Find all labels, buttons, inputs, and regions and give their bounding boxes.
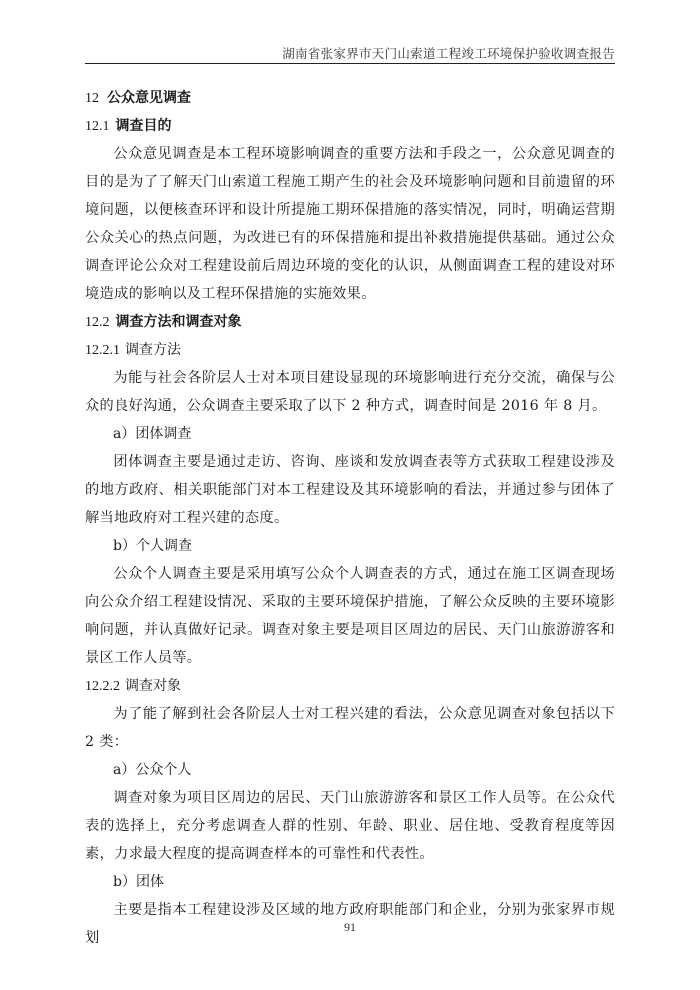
section-number: 12.2.2 [85, 679, 120, 694]
section-number: 12 [85, 91, 99, 106]
section-heading-12-2-2: 12.2.2调查对象 [85, 672, 615, 700]
paragraph-public-individuals: 调查对象为项目区周边的居民、天门山旅游游客和景区工作人员等。在公众代表的选择上，… [85, 784, 615, 868]
page-body: 12公众意见调查 12.1调查目的 公众意见调查是本工程环境影响调查的重要方法和… [85, 84, 615, 952]
section-number: 12.1 [85, 119, 110, 134]
paragraph-objects-intro: 为了能了解到社会各阶层人士对工程兴建的看法，公众意见调查对象包括以下 2 类： [85, 700, 615, 756]
section-title: 公众意见调查 [107, 90, 191, 106]
list-item-group-survey: a）团体调查 [85, 420, 615, 448]
running-header: 湖南省张家界市天门山索道工程竣工环境保护验收调查报告 [85, 44, 615, 62]
section-heading-12: 12公众意见调查 [85, 84, 615, 112]
list-item-individual-survey: b）个人调查 [85, 532, 615, 560]
paragraph-individual-survey: 公众个人调查主要是采用填写公众个人调查表的方式，通过在施工区调查现场向公众介绍工… [85, 560, 615, 672]
section-heading-12-2: 12.2调查方法和调查对象 [85, 308, 615, 336]
list-item-groups: b）团体 [85, 868, 615, 896]
paragraph-method-intro: 为能与社会各阶层人士对本项目建设显现的环境影响进行充分交流，确保与公众的良好沟通… [85, 364, 615, 420]
section-title: 调查目的 [116, 118, 172, 134]
section-title: 调查对象 [125, 678, 181, 694]
header-rule [85, 63, 615, 64]
section-heading-12-2-1: 12.2.1调查方法 [85, 336, 615, 364]
section-title: 调查方法和调查对象 [116, 314, 242, 330]
page-number: 91 [0, 920, 700, 935]
paragraph-group-survey: 团体调查主要是通过走访、咨询、座谈和发放调查表等方式获取工程建设涉及的地方政府、… [85, 448, 615, 532]
section-heading-12-1: 12.1调查目的 [85, 112, 615, 140]
section-number: 12.2 [85, 315, 110, 330]
section-title: 调查方法 [125, 342, 181, 358]
paragraph-purpose: 公众意见调查是本工程环境影响调查的重要方法和手段之一，公众意见调查的目的是为了了… [85, 140, 615, 308]
section-number: 12.2.1 [85, 343, 120, 358]
list-item-public-individuals: a）公众个人 [85, 756, 615, 784]
